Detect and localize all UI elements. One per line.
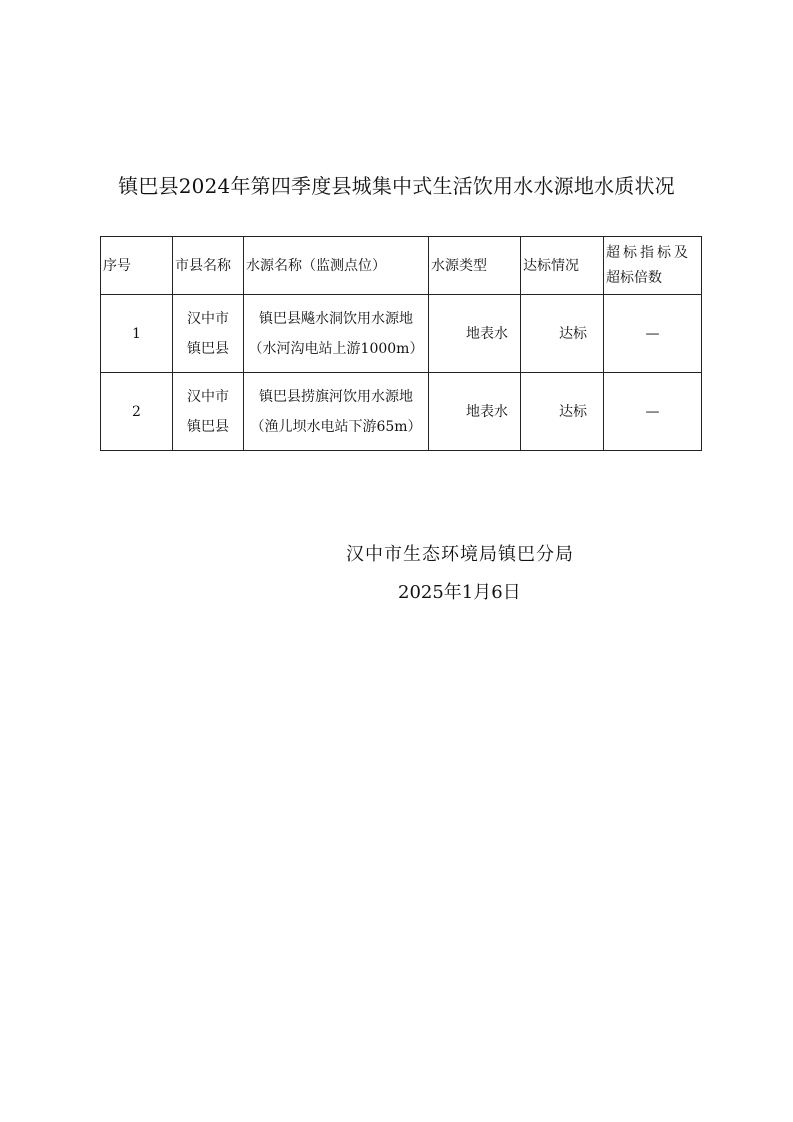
header-type: 水源类型 [429, 237, 521, 295]
table-header-row: 序号 市县名称 水源名称（监测点位） 水源类型 达标情况 超标指标及 超标倍数 [101, 237, 702, 295]
cell-index: 1 [101, 295, 173, 373]
source-line-2: （水河沟电站上游1000m） [246, 334, 426, 364]
table-row: 1 汉中市 镇巴县 镇巴县飚水洞饮用水源地 （水河沟电站上游1000m） 地表水… [101, 295, 702, 373]
source-line-2: （渔儿坝水电站下游65m） [246, 412, 426, 442]
header-exceed-line-1: 超标指标及 [606, 241, 699, 265]
region-line-2: 镇巴县 [175, 334, 241, 364]
cell-source: 镇巴县飚水洞饮用水源地 （水河沟电站上游1000m） [244, 295, 429, 373]
cell-status: 达标 [521, 373, 604, 451]
header-exceed-line-2: 超标倍数 [606, 265, 699, 291]
header-status: 达标情况 [521, 237, 604, 295]
cell-region: 汉中市 镇巴县 [173, 373, 244, 451]
source-line-1: 镇巴县飚水洞饮用水源地 [246, 304, 426, 334]
header-source: 水源名称（监测点位） [244, 237, 429, 295]
document-title: 镇巴县2024年第四季度县城集中式生活饮用水水源地水质状况 [0, 170, 793, 199]
water-quality-table: 序号 市县名称 水源名称（监测点位） 水源类型 达标情况 超标指标及 超标倍数 … [100, 236, 702, 451]
cell-exceed: — [604, 373, 702, 451]
cell-exceed: — [604, 295, 702, 373]
cell-type: 地表水 [429, 373, 521, 451]
table-row: 2 汉中市 镇巴县 镇巴县捞旗河饮用水源地 （渔儿坝水电站下游65m） 地表水 … [101, 373, 702, 451]
cell-region: 汉中市 镇巴县 [173, 295, 244, 373]
cell-type: 地表水 [429, 295, 521, 373]
region-line-1: 汉中市 [175, 382, 241, 412]
header-region: 市县名称 [173, 237, 244, 295]
header-exceed: 超标指标及 超标倍数 [604, 237, 702, 295]
header-index: 序号 [101, 237, 173, 295]
signing-date: 2025年1月6日 [398, 578, 521, 604]
source-line-1: 镇巴县捞旗河饮用水源地 [246, 382, 426, 412]
signing-authority: 汉中市生态环境局镇巴分局 [346, 540, 574, 566]
cell-status: 达标 [521, 295, 604, 373]
cell-source: 镇巴县捞旗河饮用水源地 （渔儿坝水电站下游65m） [244, 373, 429, 451]
region-line-2: 镇巴县 [175, 412, 241, 442]
cell-index: 2 [101, 373, 173, 451]
region-line-1: 汉中市 [175, 304, 241, 334]
